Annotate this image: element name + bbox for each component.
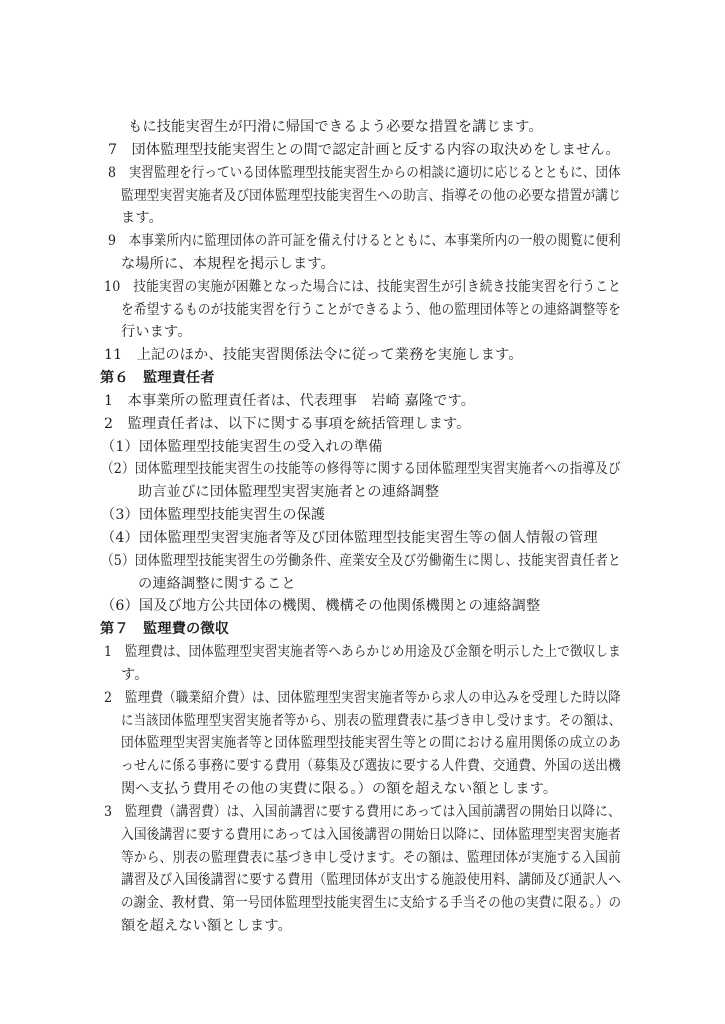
text-line: 額を超えない額とします。 [121,915,292,937]
text-line: の連絡調整に関すること [138,573,296,595]
section-heading: 第６ 監理責任者 [100,367,215,389]
text-line: 10 技能実習の実施が困難となった場合には、技能実習生が引き続き技能実習を行うこ… [104,276,621,298]
text-line: の謝金、教材費、第一号団体監理型技能実習生に支給する手当その他の実費に限る。）の [121,892,621,914]
text-line: に当該団体監理型実習実施者等から、別表の監理費表に基づき申し受けます。その額は、 [121,710,621,732]
text-line: 講習及び入国後講習に要する費用（監理団体が支出する施設使用料、講師及び通訳人へ [121,869,621,891]
text-line: っせんに係る事務に要する費用（募集及び選抜に要する人件費、交通費、外国の送出機 [121,755,621,777]
text-line: 9 本事業所内に監理団体の許可証を備え付けるとともに、本事業所内の一般の閲覧に便… [108,230,621,252]
text-line: （4）団体監理型実習実施者等及び団体監理型技能実習生等の個人情報の管理 [101,527,598,549]
text-line: 監理型実習実施者及び団体監理型技能実習生への助言、指導その他の必要な措置が講じ [121,185,621,207]
text-line: を希望するものが技能実習を行うことができるよう、他の監理団体等との連絡調整等を [121,299,621,321]
text-line: （3）団体監理型技能実習生の保護 [101,504,325,526]
text-line: 1 本事業所の監理責任者は、代表理事 岩崎 嘉隆です。 [104,390,475,412]
text-line: 1 監理費は、団体監理型実習実施者等へあらかじめ用途及び金額を明示した上で徴収し… [104,641,621,663]
document-page: もに技能実習生が円滑に帰国できるよう必要な措置を講じます。7 団体監理型技能実習… [0,0,725,1024]
text-line: 関へ支払う費用その他の実費に限る。）の額を超えない額とします。 [121,778,557,800]
text-line: す。 [121,664,149,686]
text-line: 11 上記のほか、技能実習関係法令に従って業務を実施します。 [104,344,523,366]
text-line: 3 監理費（講習費）は、入国前講習に要する費用にあっては入国前講習の開始日以降に… [104,801,621,823]
text-line: （2）団体監理型技能実習生の技能等の修得等に関する団体監理型実習実施者への指導及… [101,458,621,480]
text-line: 入国後講習に要する費用にあっては入国後講習の開始日以降に、団体監理型実習実施者 [121,824,621,846]
text-line: 等から、別表の監理費表に基づき申し受けます。その額は、監理団体が実施する入国前 [121,847,621,869]
text-line: 助言並びに団体監理型実習実施者との連絡調整 [138,481,439,503]
section-heading: 第７ 監理費の徴収 [100,618,229,640]
text-line: 行います。 [121,321,192,343]
text-line: 2 監理責任者は、以下に関する事項を統括管理します。 [104,413,470,435]
text-line: ます。 [121,207,163,229]
text-line: な場所に、本規程を掲示します。 [121,253,335,275]
text-line: 8 実習監理を行っている団体監理型技能実習生からの相談に適切に応じるとともに、団… [108,162,621,184]
text-line: 2 監理費（職業紹介費）は、団体監理型実習実施者等から求人の申込みを受理した時以… [104,687,621,709]
text-line: （6）国及び地方公共団体の機関、機構その他関係機関との連絡調整 [101,595,540,617]
text-line: もに技能実習生が円滑に帰国できるよう必要な措置を講じます。 [128,116,543,138]
text-line: （5）団体監理型技能実習生の労働条件、産業安全及び労働衛生に関し、技能実習責任者… [101,550,621,572]
text-line: 団体監理型実習実施者等と団体監理型技能実習生等との間における雇用関係の成立のあ [121,732,621,754]
text-line: 7 団体監理型技能実習生との間で認定計画と反する内容の取決めをしません。 [108,139,620,161]
text-line: （1）団体監理型技能実習生の受入れの準備 [101,436,383,458]
